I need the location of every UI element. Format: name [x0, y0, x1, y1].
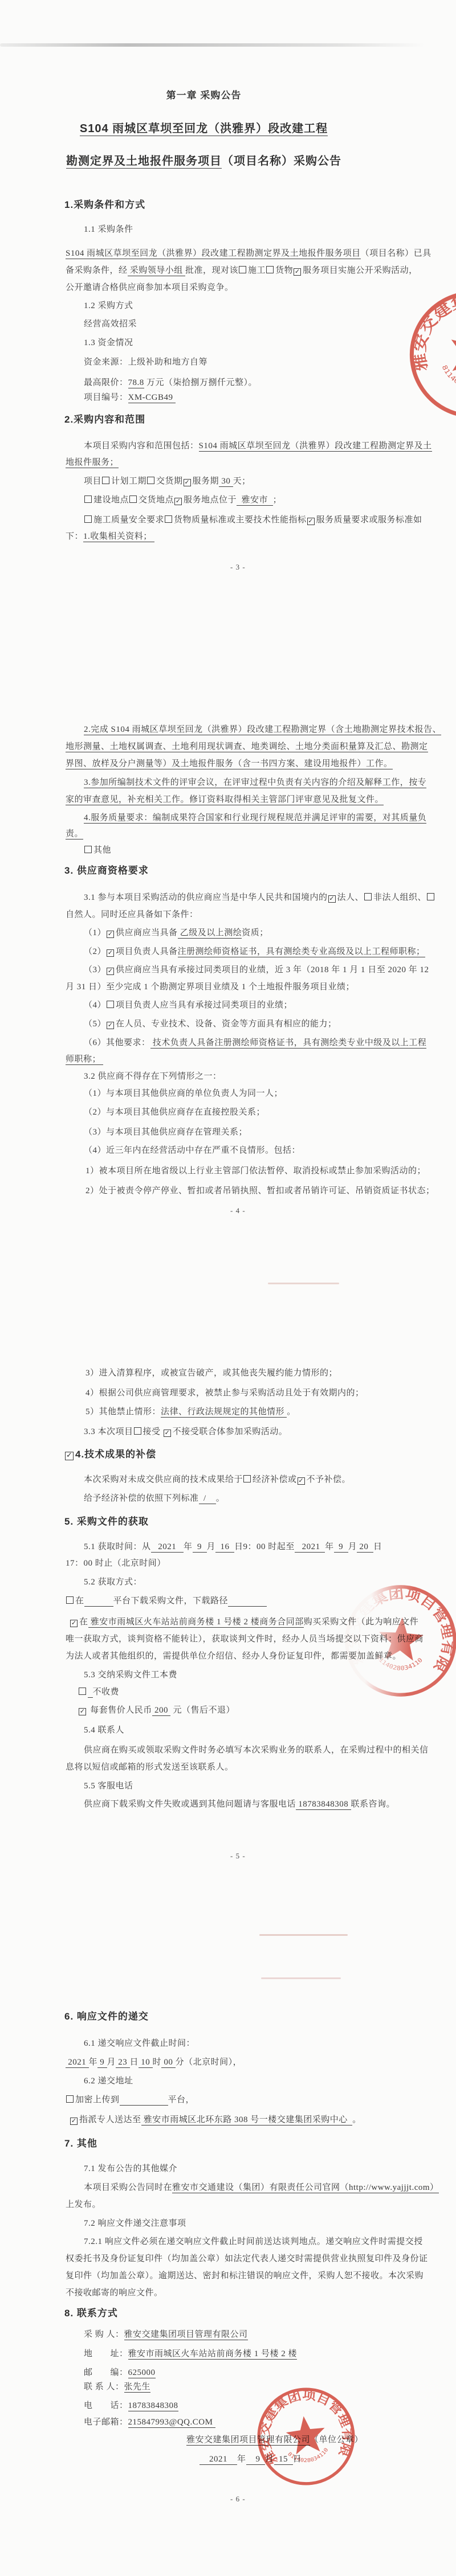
doc-line: 加密上传到 平台，: [66, 2094, 194, 2106]
text-run: 购买采购文件（此为响应文件: [304, 1617, 419, 1627]
text-run: 其他: [93, 846, 111, 855]
doc-line: 7.1 发布公告的其他媒介: [84, 2163, 177, 2175]
underlined-text: 责。: [66, 829, 83, 839]
section-heading: 6. 响应文件的递交: [64, 2010, 149, 2023]
text-run: 1.3 资金情况: [84, 338, 133, 347]
checkbox-checked-icon: ✓: [107, 1022, 114, 1029]
doc-line: 资金来源：上级补助和地方自筹: [84, 356, 207, 368]
text-run: 服务地点位于: [184, 495, 237, 505]
text-run: 公开邀请合格供应商参加本项目采购竞争。: [66, 283, 234, 292]
checkbox-checked-icon: ✓: [174, 498, 182, 505]
doc-line: 5）其他禁止情形：法律、行政法规规定的其他情形 。: [85, 1406, 296, 1418]
doc-line: 6.1 递交响应文件截止时间：: [84, 2037, 195, 2050]
text-run: 1.采购条件和方式: [64, 199, 145, 210]
checkbox-checked-icon: ✓: [307, 518, 315, 525]
underlined-text: 9: [246, 2455, 266, 2465]
doc-line: （3）✓供应商应当具有承接过同类项目的业绩，近 3 年（2018 年 1 月 1…: [84, 964, 429, 976]
doc-line: ✓ 每套售价人民币 200 元（售后不退）: [78, 1704, 235, 1717]
text-run: 最高限价：: [84, 378, 128, 387]
text-run: 月 31 日）至少完成 1 个勘测定界项目业绩及 1 个土地报件服务项目业绩；: [66, 982, 355, 992]
doc-line: 其他: [84, 844, 111, 857]
doc-line: 2021 年 9 月 23 日 10 时 00 分（北京时间），: [66, 2056, 242, 2069]
text-run: 5.4 联系人: [84, 1726, 124, 1735]
text-run: 电子邮箱：: [84, 2418, 128, 2427]
underlined-text: 10: [139, 2058, 153, 2068]
text-run: 货物: [275, 266, 293, 275]
section-heading: 1.采购条件和方式: [64, 199, 145, 211]
checkbox-empty-icon: [165, 515, 172, 523]
underlined-text: 2021: [199, 2455, 237, 2465]
checkbox-checked-icon: ✓: [294, 268, 301, 276]
page-number: - 5 -: [230, 1850, 246, 1862]
text-run: 6. 响应文件的递交: [64, 2011, 149, 2022]
text-run: 日: [293, 2455, 302, 2464]
doc-line: ✓在 雅安市雨城区火车站站前商务楼 1 号楼 2 楼商务合同部购买采购文件（此为…: [70, 1616, 418, 1628]
doc-line: 邮 编：625000: [84, 2366, 156, 2379]
underlined-text: 采购领导小组: [128, 266, 186, 276]
text-run: 第一章 采购公告: [166, 90, 242, 101]
text-run: 供应商下载采购文件失败或遇到其他问题请与客服电话: [84, 1800, 296, 1809]
text-run: 项目负责人应当具有承接过同类项目的业绩；: [116, 1001, 292, 1010]
text-run: 本项目采购公告同时在: [84, 2183, 172, 2192]
section-heading: 3. 供应商资格要求: [64, 865, 149, 877]
text-run: 年: [89, 2058, 98, 2067]
text-run: 不接受联合体参加采购活动。: [173, 1427, 288, 1436]
text-run: 年: [237, 2455, 246, 2464]
underlined-text: 78.8: [128, 378, 144, 388]
text-run: 不收费: [93, 1688, 120, 1697]
checkbox-empty-icon: [66, 2095, 74, 2103]
text-run: 经济补偿或: [253, 1475, 297, 1484]
doc-line: 为法人或者其他组织的，需提供单位介绍信、经办人身份证复印件，都需要加盖鲜章。: [66, 1650, 401, 1662]
doc-line: 地报件服务；: [66, 456, 119, 469]
text-run: 批准，现对该: [185, 266, 238, 275]
text-run: （4）近三年内在经营活动中存在严重不良情形。包括：: [84, 1146, 300, 1155]
doc-line: 5.5 客服电话: [84, 1780, 133, 1792]
text-run: 服务质量要求或服务标准如: [316, 515, 422, 525]
underlined-text: 30: [219, 477, 233, 487]
doc-line: S104 雨城区草坝至回龙（洪雅界）段改建工程勘测定界及土地报件服务项目（项目名…: [66, 247, 431, 260]
checkbox-empty-icon: [84, 495, 92, 503]
text-run: 。: [287, 1407, 296, 1416]
doc-line: 17：00 时止（北京时间）: [66, 1557, 166, 1570]
underlined-text: 师职称；: [66, 1055, 103, 1065]
doc-line: 2.完成 S104 雨城区草坝至回龙（洪雅界）段改建工程勘测定界（含土地勘测定界…: [84, 723, 441, 736]
text-run: 项目: [84, 477, 101, 486]
doc-line: 4）根据公司供应商管理要求，被禁止参与采购活动且处于有效期内的；: [85, 1387, 364, 1399]
text-run: 3. 供应商资格要求: [64, 865, 149, 876]
doc-line: 下：1.收集相关资料；: [66, 530, 154, 543]
text-run: 资金来源：上级补助和地方自筹: [84, 358, 207, 367]
text-run: （单位公章）: [310, 2435, 363, 2444]
page-number: - 6 -: [230, 2493, 246, 2505]
doc-line: 上发布。: [66, 2198, 101, 2211]
text-run: 。: [352, 2115, 361, 2124]
text-run: 日9：00 时起至: [234, 1542, 295, 1551]
doc-line: ✓指派专人送达至 雅安市雨城区北环东路 308 号一楼交建集团采购中心 。: [70, 2114, 361, 2126]
doc-line: 公开邀请合格供应商参加本项目采购竞争。: [66, 281, 234, 294]
text-run: 月: [207, 1542, 216, 1551]
text-run: 经营高效招采: [84, 320, 137, 329]
text-run: （2）与本项目其他供应商存在直接控股关系；: [84, 1108, 265, 1117]
doc-line: 5.2 获取方式：: [84, 1576, 142, 1588]
doc-line: 6.2 递交地址: [84, 2075, 133, 2087]
text-run: （5）: [84, 1019, 106, 1029]
section-heading: 8. 联系方式: [64, 2307, 118, 2320]
checkbox-checked-icon: ✓: [164, 1430, 171, 1437]
text-run: 联 系 人：: [84, 2382, 124, 2391]
underlined-text: 乙级及以上测绘: [178, 928, 242, 939]
doc-line: 项目编号：XM-CGB49: [84, 391, 176, 404]
text-run: 施工质量安全要求: [93, 515, 164, 525]
document-page-3: 3）进入清算程序，或被宣告破产，或其他丧失履约能力情形的；4）根据公司供应商管理…: [0, 1288, 456, 1932]
doc-line: 1.3 资金情况: [84, 337, 133, 349]
text-run: 为法人或者其他组织的，需提供单位介绍信、经办人身份证复印件，都需要加盖鲜章。: [66, 1652, 401, 1661]
underlined-text: 技术负责人具备注册测绘师资格证书，具有测绘类专业中级及以上工程: [150, 1038, 427, 1049]
doc-line: 7.2 响应文件递交注意事项: [84, 2217, 186, 2230]
underlined-text: [120, 2095, 168, 2106]
text-run: （1）与本项目其他供应商的单位负责人为同一人；: [84, 1089, 283, 1098]
doc-line: 责。: [66, 828, 83, 840]
underlined-text: S104 雨城区草坝至回龙（洪雅界）段改建工程: [80, 122, 328, 136]
text-run: 非法人组织、: [373, 893, 426, 902]
text-run: 服务期: [193, 477, 219, 486]
text-run: 加密上传到: [75, 2095, 120, 2104]
document-page-4: 6. 响应文件的递交6.1 递交响应文件截止时间： 2021 年 9 月 23 …: [0, 1932, 456, 2576]
doc-line: 3.1 参与本项目采购活动的供应商应当是中华人民共和国境内的✓法人、非法人组织、: [84, 891, 436, 904]
text-run: 年: [325, 1542, 334, 1551]
underlined-text: 雅安交建集团项目管理有限公司: [124, 2330, 248, 2340]
checkbox-empty-icon: [102, 477, 109, 484]
text-run: 7.2 响应文件递交注意事项: [84, 2219, 186, 2228]
underlined-text: 9: [193, 1542, 207, 1553]
text-run: 月: [265, 2455, 274, 2464]
underlined-text: 1.收集相关资料；: [83, 532, 154, 542]
text-run: 施工: [248, 266, 266, 275]
text-run: 地 址：: [84, 2349, 128, 2358]
text-run: 备采购条件，经: [66, 266, 128, 275]
underlined-text: 9: [334, 1542, 348, 1553]
underlined-text: 15: [274, 2455, 293, 2465]
doc-line: 家的审查意见，补充相关工作。修订资料取得相关主管部门评审意见及批复文件。: [66, 793, 384, 806]
doc-line: 经营高效招采: [84, 318, 137, 330]
text-run: 本次采购对未成交供应商的技术成果给于: [84, 1475, 243, 1484]
text-run: 不接收邮寄的响应文件。: [66, 2288, 163, 2297]
underlined-text: 雅安市雨城区北环东路 308 号一楼交建集团采购中心: [141, 2115, 353, 2125]
document-page-2: 2.完成 S104 雨城区草坝至回龙（洪雅界）段改建工程勘测定界（含土地勘测定界…: [0, 644, 456, 1288]
underlined-text: 3.参加所编制技术文件的评审会议，在评审过程中负责有关内容的介绍及解释工作，按专: [84, 778, 426, 788]
underlined-text: 注册测绘师资格证书，具有测绘类专业高级及以上工程师职称；: [178, 947, 425, 957]
underlined-text: 雅安市交通建设（集团）有限责任公司官网（http://www.yajjjt.co…: [172, 2183, 439, 2193]
doc-line: 项目计划工期交货期✓服务期 30 天；: [84, 475, 251, 488]
text-run: （项目名称）采购公告: [222, 155, 341, 167]
underlined-text: 地报件服务；: [66, 458, 119, 468]
text-run: （6）其他要求：: [84, 1038, 150, 1047]
checkbox-empty-icon: [364, 893, 372, 900]
doc-line: 电子邮箱：215847993@QQ.COM: [84, 2416, 215, 2428]
underlined-text: 雅安市: [237, 495, 273, 506]
document-title: 勘测定界及土地报件服务项目（项目名称）采购公告: [66, 155, 342, 167]
page-number: - 3 -: [230, 561, 246, 574]
checkbox-checked-icon: ✓: [184, 479, 191, 486]
underlined-text: 18783848308: [296, 1800, 351, 1810]
text-run: （2）: [84, 947, 106, 956]
text-run: 天；: [233, 477, 251, 486]
scan-artifact-streak: [268, 1283, 339, 1284]
underlined-text: 张先生: [124, 2382, 151, 2393]
text-run: 项目编号：: [84, 393, 128, 402]
text-run: 唯一获取方式，谈判资格不能转让），获取谈判文件时，经办人员当场提交以下资料：供应…: [66, 1635, 424, 1644]
text-run: 息将以短信或邮箱的形式发送至该联系人。: [66, 1763, 234, 1772]
text-run: 货物质量标准或主要技术性能指标: [174, 515, 307, 525]
text-run: 6.1 递交响应文件截止时间：: [84, 2039, 195, 2048]
text-run: 。: [216, 1494, 225, 1503]
page-number: - 4 -: [230, 1205, 246, 1217]
underlined-text: [228, 1596, 267, 1607]
text-run: 2.采购内容和范围: [64, 414, 145, 425]
doc-line: （5）✓在人员、专业技术、设备、资金等方面具有相应的能力；: [84, 1018, 337, 1030]
doc-line: 联 系 人：张先生: [84, 2381, 150, 2393]
text-run: 5. 采购文件的获取: [64, 1516, 149, 1527]
text-run: 3.2 供应商不得存在下列情形之一：: [84, 1072, 222, 1081]
underlined-text: 雅安市雨城区火车站站前商务楼 1 号楼 2 楼商务合同部: [88, 1617, 304, 1628]
document-page-1: 第一章 采购公告S104 雨城区草坝至回龙（洪雅界）段改建工程勘测定界及土地报件…: [0, 0, 456, 644]
text-run: 不予补偿。: [307, 1475, 351, 1484]
text-run: 月: [107, 2058, 116, 2067]
doc-line: （2）与本项目其他供应商存在直接控股关系；: [84, 1106, 265, 1119]
doc-line: 电 话：18783848308: [84, 2399, 178, 2412]
text-run: 资质；: [242, 928, 268, 937]
doc-line: 不收费: [78, 1686, 119, 1698]
scan-artifact-streak: [261, 1977, 341, 1979]
doc-line: 息将以短信或邮箱的形式发送至该联系人。: [66, 1761, 234, 1774]
text-run: 供应商在购买或领取采购文件时务必填写本次采购业务的联系人，在采购过程中的相关信: [84, 1746, 429, 1755]
text-run: 日: [373, 1542, 382, 1551]
text-run: 权委托书及身份证复印件（均加盖公章）如法定代表人递交时需提供营业执照复印件及身份…: [66, 2254, 428, 2263]
doc-line: （1）✓供应商应当具备 乙级及以上测绘资质；: [84, 927, 268, 939]
text-run: 5.2 获取方式：: [84, 1578, 142, 1587]
checkbox-empty-icon: [134, 1427, 141, 1435]
text-run: 年: [184, 1542, 193, 1551]
doc-line: 地 址：雅安市雨城区火车站站前商务楼 1 号楼 2 楼: [84, 2348, 297, 2360]
doc-line: 7.2.1 响应文件必须在递交响应文件截止时间前送达谈判地点。递交响应文件时需提…: [84, 2235, 423, 2248]
underlined-text: 625000: [128, 2368, 156, 2378]
underlined-text: 2021: [295, 1542, 325, 1553]
section-heading: ✓4.技术成果的补偿: [64, 1448, 156, 1461]
doc-line: 给予经济补偿的依照下列标准 / 。: [84, 1492, 225, 1505]
text-run: 月: [348, 1542, 357, 1551]
doc-line: 施工质量安全要求货物质量标准或主要技术性能指标✓服务质量要求或服务标准如: [84, 514, 422, 526]
doc-line: 5.1 获取时间：从 2021 年 9 月 16 日9：00 时起至 2021 …: [84, 1541, 382, 1553]
doc-line: 师职称；: [66, 1053, 103, 1066]
text-run: - 3 -: [230, 563, 246, 571]
doc-line: 本项目采购公告同时在雅安市交通建设（集团）有限责任公司官网（http://www…: [84, 2181, 439, 2194]
text-run: 1.2 采购方式: [84, 301, 133, 310]
doc-line: 备采购条件，经 采购领导小组 批准，现对该施工货物✓服务项目实施公开采购活动，: [66, 264, 418, 277]
doc-line: 不接收邮寄的响应文件。: [66, 2287, 163, 2299]
text-run: （项目名称）已具: [361, 249, 431, 258]
text-run: 5.5 客服电话: [84, 1782, 133, 1791]
text-run: 交货期: [156, 477, 183, 486]
underlined-text: S104 雨城区草坝至回龙（洪雅界）段改建工程勘测定界及土地报件服务项目: [66, 249, 361, 259]
doc-line: 权委托书及身份证复印件（均加盖公章）如法定代表人递交时需提供营业执照复印件及身份…: [66, 2253, 428, 2265]
doc-line: 供应商下载采购文件失败或遇到其他问题请与客服电话 18783848308 联系咨…: [84, 1798, 395, 1811]
text-run: （1）: [84, 928, 106, 937]
scan-artifact-streak: [259, 1934, 348, 1936]
text-run: 日: [130, 2058, 139, 2067]
text-run: 在: [79, 1617, 88, 1627]
checkbox-checked-icon: ✓: [107, 968, 114, 975]
doc-line: 1）被本项目所在地省级以上行业主管部门依法暂停、取消投标或禁止参加采购活动的；: [85, 1165, 426, 1177]
checkbox-checked-icon: ✓: [70, 1620, 78, 1627]
doc-line: 地形测量、土地权属调查、土地利用现状调查、地类调绘、土地分类面积量算及汇总、勘测…: [66, 740, 428, 753]
text-run: 万元（柒拾捌万捌仟元整）。: [144, 378, 257, 387]
svg-text:8114028034110: 8114028034110: [437, 362, 456, 396]
doc-line: 5.4 联系人: [84, 1724, 124, 1737]
doc-line: 1.2 采购方式: [84, 300, 133, 312]
text-run: （4）: [84, 1001, 106, 1010]
checkbox-checked-icon: ✓: [65, 1452, 74, 1460]
underlined-text: /: [199, 1494, 216, 1504]
underlined-text: 2.完成 S104 雨城区草坝至回龙（洪雅界）段改建工程勘测定界（含土地勘测定界…: [84, 725, 441, 735]
text-run: 法人、: [337, 893, 364, 902]
doc-line: 复印件（均加盖公章）。逾期送达、密封和标注错误的响应文件，采购人恕不接收。本次采…: [66, 2270, 424, 2282]
doc-line: 3.2 供应商不得存在下列情形之一：: [84, 1070, 222, 1083]
checkbox-empty-icon: [84, 846, 92, 853]
text-run: 在人员、专业技术、设备、资金等方面具有相应的能力；: [116, 1019, 337, 1029]
text-run: 17：00 时止（北京时间）: [66, 1559, 166, 1568]
checkbox-empty-icon: [266, 266, 274, 273]
checkbox-empty-icon: [147, 477, 154, 484]
underlined-text: 215847993@QQ.COM: [128, 2418, 215, 2428]
text-run: 指派专人送达至: [79, 2115, 141, 2124]
text-run: 7. 其他: [64, 2138, 97, 2149]
underlined-text: [84, 1596, 113, 1607]
text-run: 4）根据公司供应商管理要求，被禁止参与采购活动且处于有效期内的；: [85, 1389, 364, 1398]
text-run: 平台，: [168, 2095, 195, 2104]
document-title: S104 雨城区草坝至回龙（洪雅界）段改建工程: [66, 122, 342, 135]
underlined-text: 法律、行政法规规定的其他情形: [161, 1407, 287, 1418]
underlined-text: 4.服务质量要求：编制成果符合国家和行业现行规程规范并满足评审的需要，对其质量负: [84, 813, 426, 824]
text-run: 采 购 人：: [84, 2330, 124, 2339]
checkbox-empty-icon: [427, 893, 434, 900]
checkbox-empty-icon: [79, 1688, 86, 1695]
svg-text:雅安交建集团项目管理有限公司: 雅安交建集团项目管理有限公司: [391, 272, 456, 405]
underlined-text: 2021: [151, 1542, 184, 1553]
scan-artifact-streak: [0, 43, 425, 47]
checkbox-checked-icon: ✓: [298, 1477, 305, 1485]
text-run: 时: [153, 2058, 162, 2067]
text-run: - 6 -: [230, 2495, 246, 2503]
text-run: 8. 联系方式: [64, 2308, 118, 2319]
text-run: 联系咨询。: [351, 1800, 396, 1809]
text-run: 7.2.1 响应文件必须在递交响应文件截止时间前送达谈判地点。递交响应文件时需提…: [84, 2237, 423, 2246]
text-run: 供应商应当具有承接过同类项目的业绩，近 3 年（2018 年 1 月 1 日至 …: [116, 965, 429, 974]
underlined-text: 2021: [66, 2058, 89, 2068]
text-run: 电 话：: [84, 2401, 128, 2410]
text-run: 5.1 获取时间：从: [84, 1542, 151, 1551]
checkbox-empty-icon: [129, 495, 137, 503]
doc-line: （3）与本项目其他供应商存在管理关系；: [84, 1126, 247, 1138]
official-red-seal: 雅安交建集团项目管理有限公司8114028034110: [390, 272, 456, 437]
text-run: 服务项目实施公开采购活动，: [303, 266, 418, 275]
doc-line: 3.3 本次项目接受 ✓不接受联合体参加采购活动。: [84, 1426, 287, 1438]
text-run: 接受: [143, 1427, 163, 1436]
section-heading: 5. 采购文件的获取: [64, 1516, 149, 1528]
text-run: 复印件（均加盖公章）。逾期送达、密封和标注错误的响应文件，采购人恕不接收。本次采…: [66, 2271, 424, 2280]
checkbox-empty-icon: [239, 266, 246, 273]
text-run: 7.1 发布公告的其他媒介: [84, 2164, 177, 2173]
text-run: 建设地点: [93, 495, 129, 505]
text-run: 下：: [66, 532, 83, 541]
text-run: 项目负责人具备: [116, 947, 178, 956]
doc-line: 月 31 日）至少完成 1 个勘测定界项目业绩及 1 个土地报件服务项目业绩；: [66, 981, 355, 993]
checkbox-empty-icon: [243, 1475, 251, 1482]
checkbox-empty-icon: [66, 1596, 74, 1604]
underlined-text: 勘测定界及土地报件服务项目: [66, 155, 222, 169]
doc-line: 5.3 交纳采购文件工本费: [84, 1669, 177, 1681]
signature-line: 2021 年 9 月 15 日: [199, 2453, 302, 2466]
doc-line: 本项目采购内容和范围包括：S104 雨城区草坝至回龙（洪雅界）段改建工程勘测定界…: [84, 440, 432, 452]
doc-line: 3）进入清算程序，或被宣告破产，或其他丧失履约能力情形的；: [85, 1367, 337, 1379]
underlined-text: 雅安市雨城区火车站站前商务楼 1 号楼 2 楼: [128, 2349, 298, 2360]
text-run: 计划工期: [111, 477, 146, 486]
checkbox-checked-icon: ✓: [107, 931, 114, 938]
text-run: 供应商应当具备: [116, 928, 178, 937]
doc-line: （4）项目负责人应当具有承接过同类项目的业绩；: [84, 999, 292, 1011]
doc-line: （2）✓项目负责人具备注册测绘师资格证书，具有测绘类专业高级及以上工程师职称；: [84, 945, 425, 958]
text-run: 4.技术成果的补偿: [75, 1449, 156, 1460]
underlined-text: 18783848308: [128, 2401, 178, 2411]
underlined-text: 00: [161, 2058, 176, 2068]
text-run: 给予经济补偿的依照下列标准: [84, 1494, 199, 1503]
doc-line: 界图、放样及分户测量等）及土地报件服务（含一书四方案、建设用地报件）工作。: [66, 757, 393, 770]
doc-line: 自然人。同时还应具备如下条件：: [66, 908, 198, 921]
doc-line: 3.参加所编制技术文件的评审会议，在评审过程中负责有关内容的介绍及解释工作，按专: [84, 776, 426, 789]
doc-line: 采 购 人：雅安交建集团项目管理有限公司: [84, 2328, 248, 2341]
text-run: ；: [273, 495, 282, 505]
text-run: 元（售后不退）: [170, 1706, 235, 1715]
text-run: 平台下载采购文件，下载路径: [113, 1596, 229, 1606]
checkbox-empty-icon: [107, 1001, 114, 1008]
underlined-text: 界图、放样及分户测量等）及土地报件服务（含一书四方案、建设用地报件）工作。: [66, 759, 393, 769]
text-run: 分（北京时间），: [176, 2058, 242, 2067]
doc-line: （6）其他要求： 技术负责人具备注册测绘师资格证书，具有测绘类专业中级及以上工程: [84, 1037, 426, 1049]
doc-line: 1.1 采购条件: [84, 223, 133, 236]
checkbox-checked-icon: ✓: [79, 1708, 86, 1715]
scanned-procurement-document: 第一章 采购公告S104 雨城区草坝至回龙（洪雅界）段改建工程勘测定界及土地报件…: [0, 0, 456, 2576]
checkbox-checked-icon: ✓: [107, 949, 114, 957]
text-run: 3.3 本次项目: [84, 1427, 133, 1436]
section-heading: 2.采购内容和范围: [64, 413, 145, 426]
underlined-text: XM-CGB49: [128, 393, 176, 403]
doc-line: 最高限价：78.8 万元（柒拾捌万捌仟元整）。: [84, 376, 257, 389]
text-run: 上发布。: [66, 2200, 101, 2209]
signature-line: 雅安交建集团项目管理有限公司（单位公章）: [186, 2434, 363, 2446]
text-run: 本项目采购内容和范围包括：: [84, 441, 199, 451]
chapter-heading: 第一章 采购公告: [66, 89, 342, 102]
text-run: 邮 编：: [84, 2368, 128, 2377]
underlined-text: 23: [116, 2058, 130, 2068]
doc-line: 唯一获取方式，谈判资格不能转让），获取谈判文件时，经办人员当场提交以下资料：供应…: [66, 1633, 424, 1645]
underlined-text: 20: [357, 1542, 373, 1553]
doc-line: （4）近三年内在经营活动中存在严重不良情形。包括：: [84, 1144, 300, 1157]
text-run: - 4 -: [230, 1206, 246, 1215]
text-run: （3）与本项目其他供应商存在管理关系；: [84, 1128, 247, 1137]
underlined-text: S104 雨城区草坝至回龙（洪雅界）段改建工程勘测定界及土: [199, 441, 432, 452]
text-run: 3）进入清算程序，或被宣告破产，或其他丧失履约能力情形的；: [85, 1369, 337, 1378]
doc-line: 本次采购对未成交供应商的技术成果给于经济补偿或✓不予补偿。: [84, 1473, 351, 1486]
